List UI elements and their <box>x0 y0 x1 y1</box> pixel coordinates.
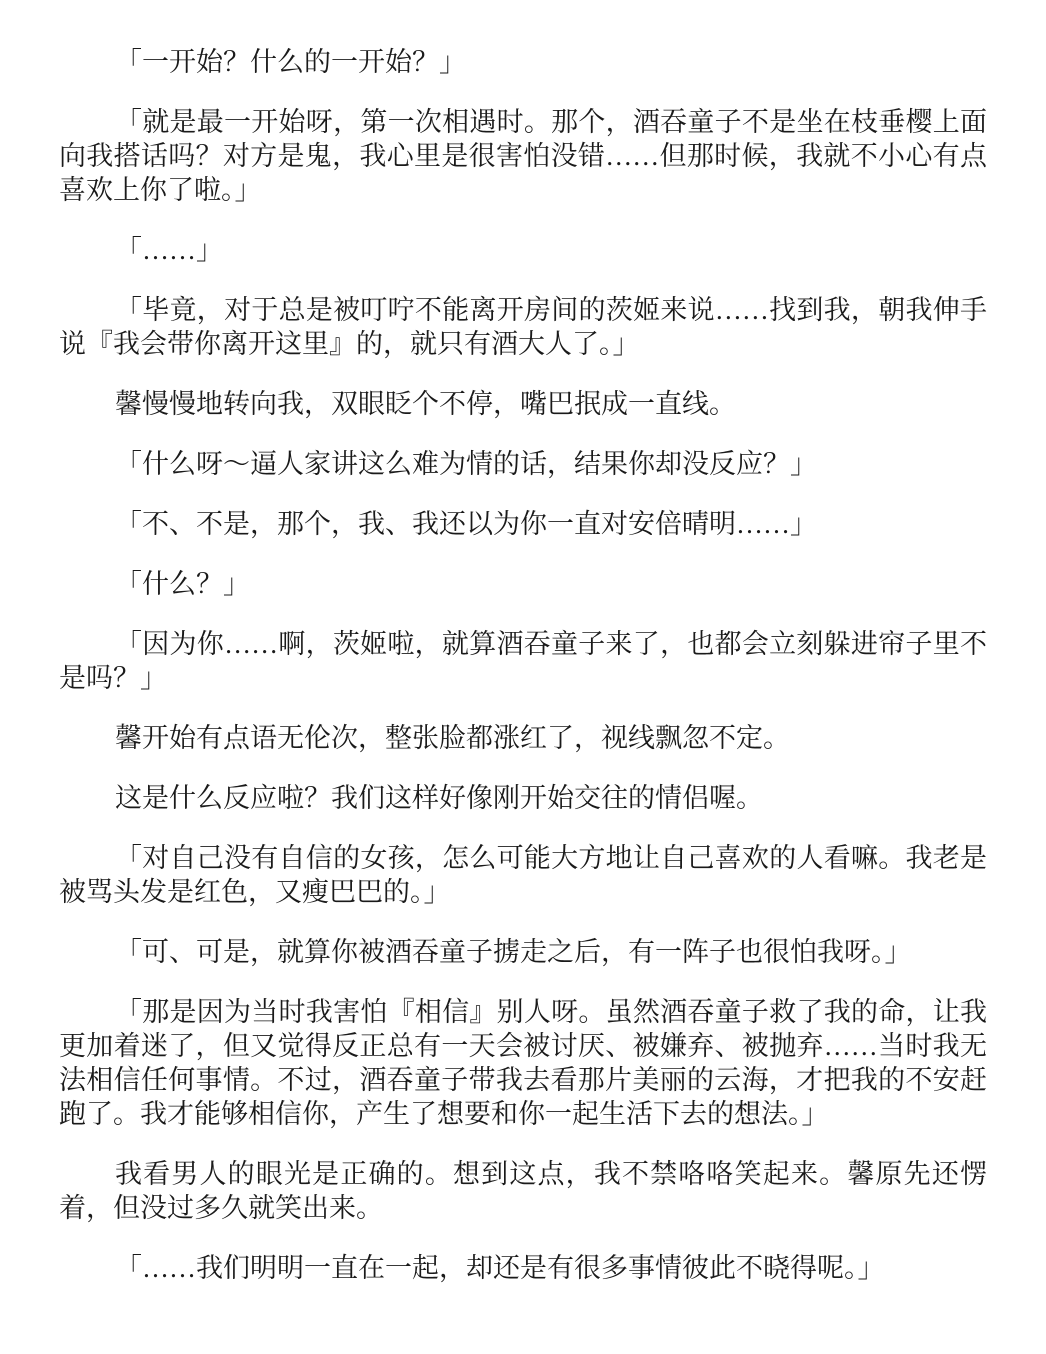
paragraph: 我看男人的眼光是正确的。想到这点，我不禁咯咯笑起来。馨原先还愣着，但没过多久就笑… <box>59 1157 987 1225</box>
paragraph: 「什么？」 <box>59 567 987 601</box>
paragraph: 「那是因为当时我害怕『相信』别人呀。虽然酒吞童子救了我的命，让我更加着迷了，但又… <box>59 995 987 1131</box>
paragraph: 馨慢慢地转向我，双眼眨个不停，嘴巴抿成一直线。 <box>59 387 987 421</box>
paragraph: 馨开始有点语无伦次，整张脸都涨红了，视线飘忽不定。 <box>59 721 987 755</box>
text-body: 「一开始？什么的一开始？」「就是最一开始呀，第一次相遇时。那个，酒吞童子不是坐在… <box>59 45 987 1285</box>
paragraph: 「对自己没有自信的女孩，怎么可能大方地让自己喜欢的人看嘛。我老是被骂头发是红色，… <box>59 841 987 909</box>
document-page: 「一开始？什么的一开始？」「就是最一开始呀，第一次相遇时。那个，酒吞童子不是坐在… <box>0 0 1046 1354</box>
paragraph: 「毕竟，对于总是被叮咛不能离开房间的茨姬来说……找到我，朝我伸手说『我会带你离开… <box>59 293 987 361</box>
paragraph: 「一开始？什么的一开始？」 <box>59 45 987 79</box>
paragraph: 「……我们明明一直在一起，却还是有很多事情彼此不晓得呢。」 <box>59 1251 987 1285</box>
paragraph: 「就是最一开始呀，第一次相遇时。那个，酒吞童子不是坐在枝垂樱上面向我搭话吗？对方… <box>59 105 987 207</box>
paragraph: 「什么呀～逼人家讲这么难为情的话，结果你却没反应？」 <box>59 447 987 481</box>
paragraph: 「不、不是，那个，我、我还以为你一直对安倍晴明……」 <box>59 507 987 541</box>
paragraph: 「因为你……啊，茨姬啦，就算酒吞童子来了，也都会立刻躲进帘子里不是吗？」 <box>59 627 987 695</box>
paragraph: 这是什么反应啦？我们这样好像刚开始交往的情侣喔。 <box>59 781 987 815</box>
paragraph: 「可、可是，就算你被酒吞童子掳走之后，有一阵子也很怕我呀。」 <box>59 935 987 969</box>
paragraph: 「……」 <box>59 233 987 267</box>
